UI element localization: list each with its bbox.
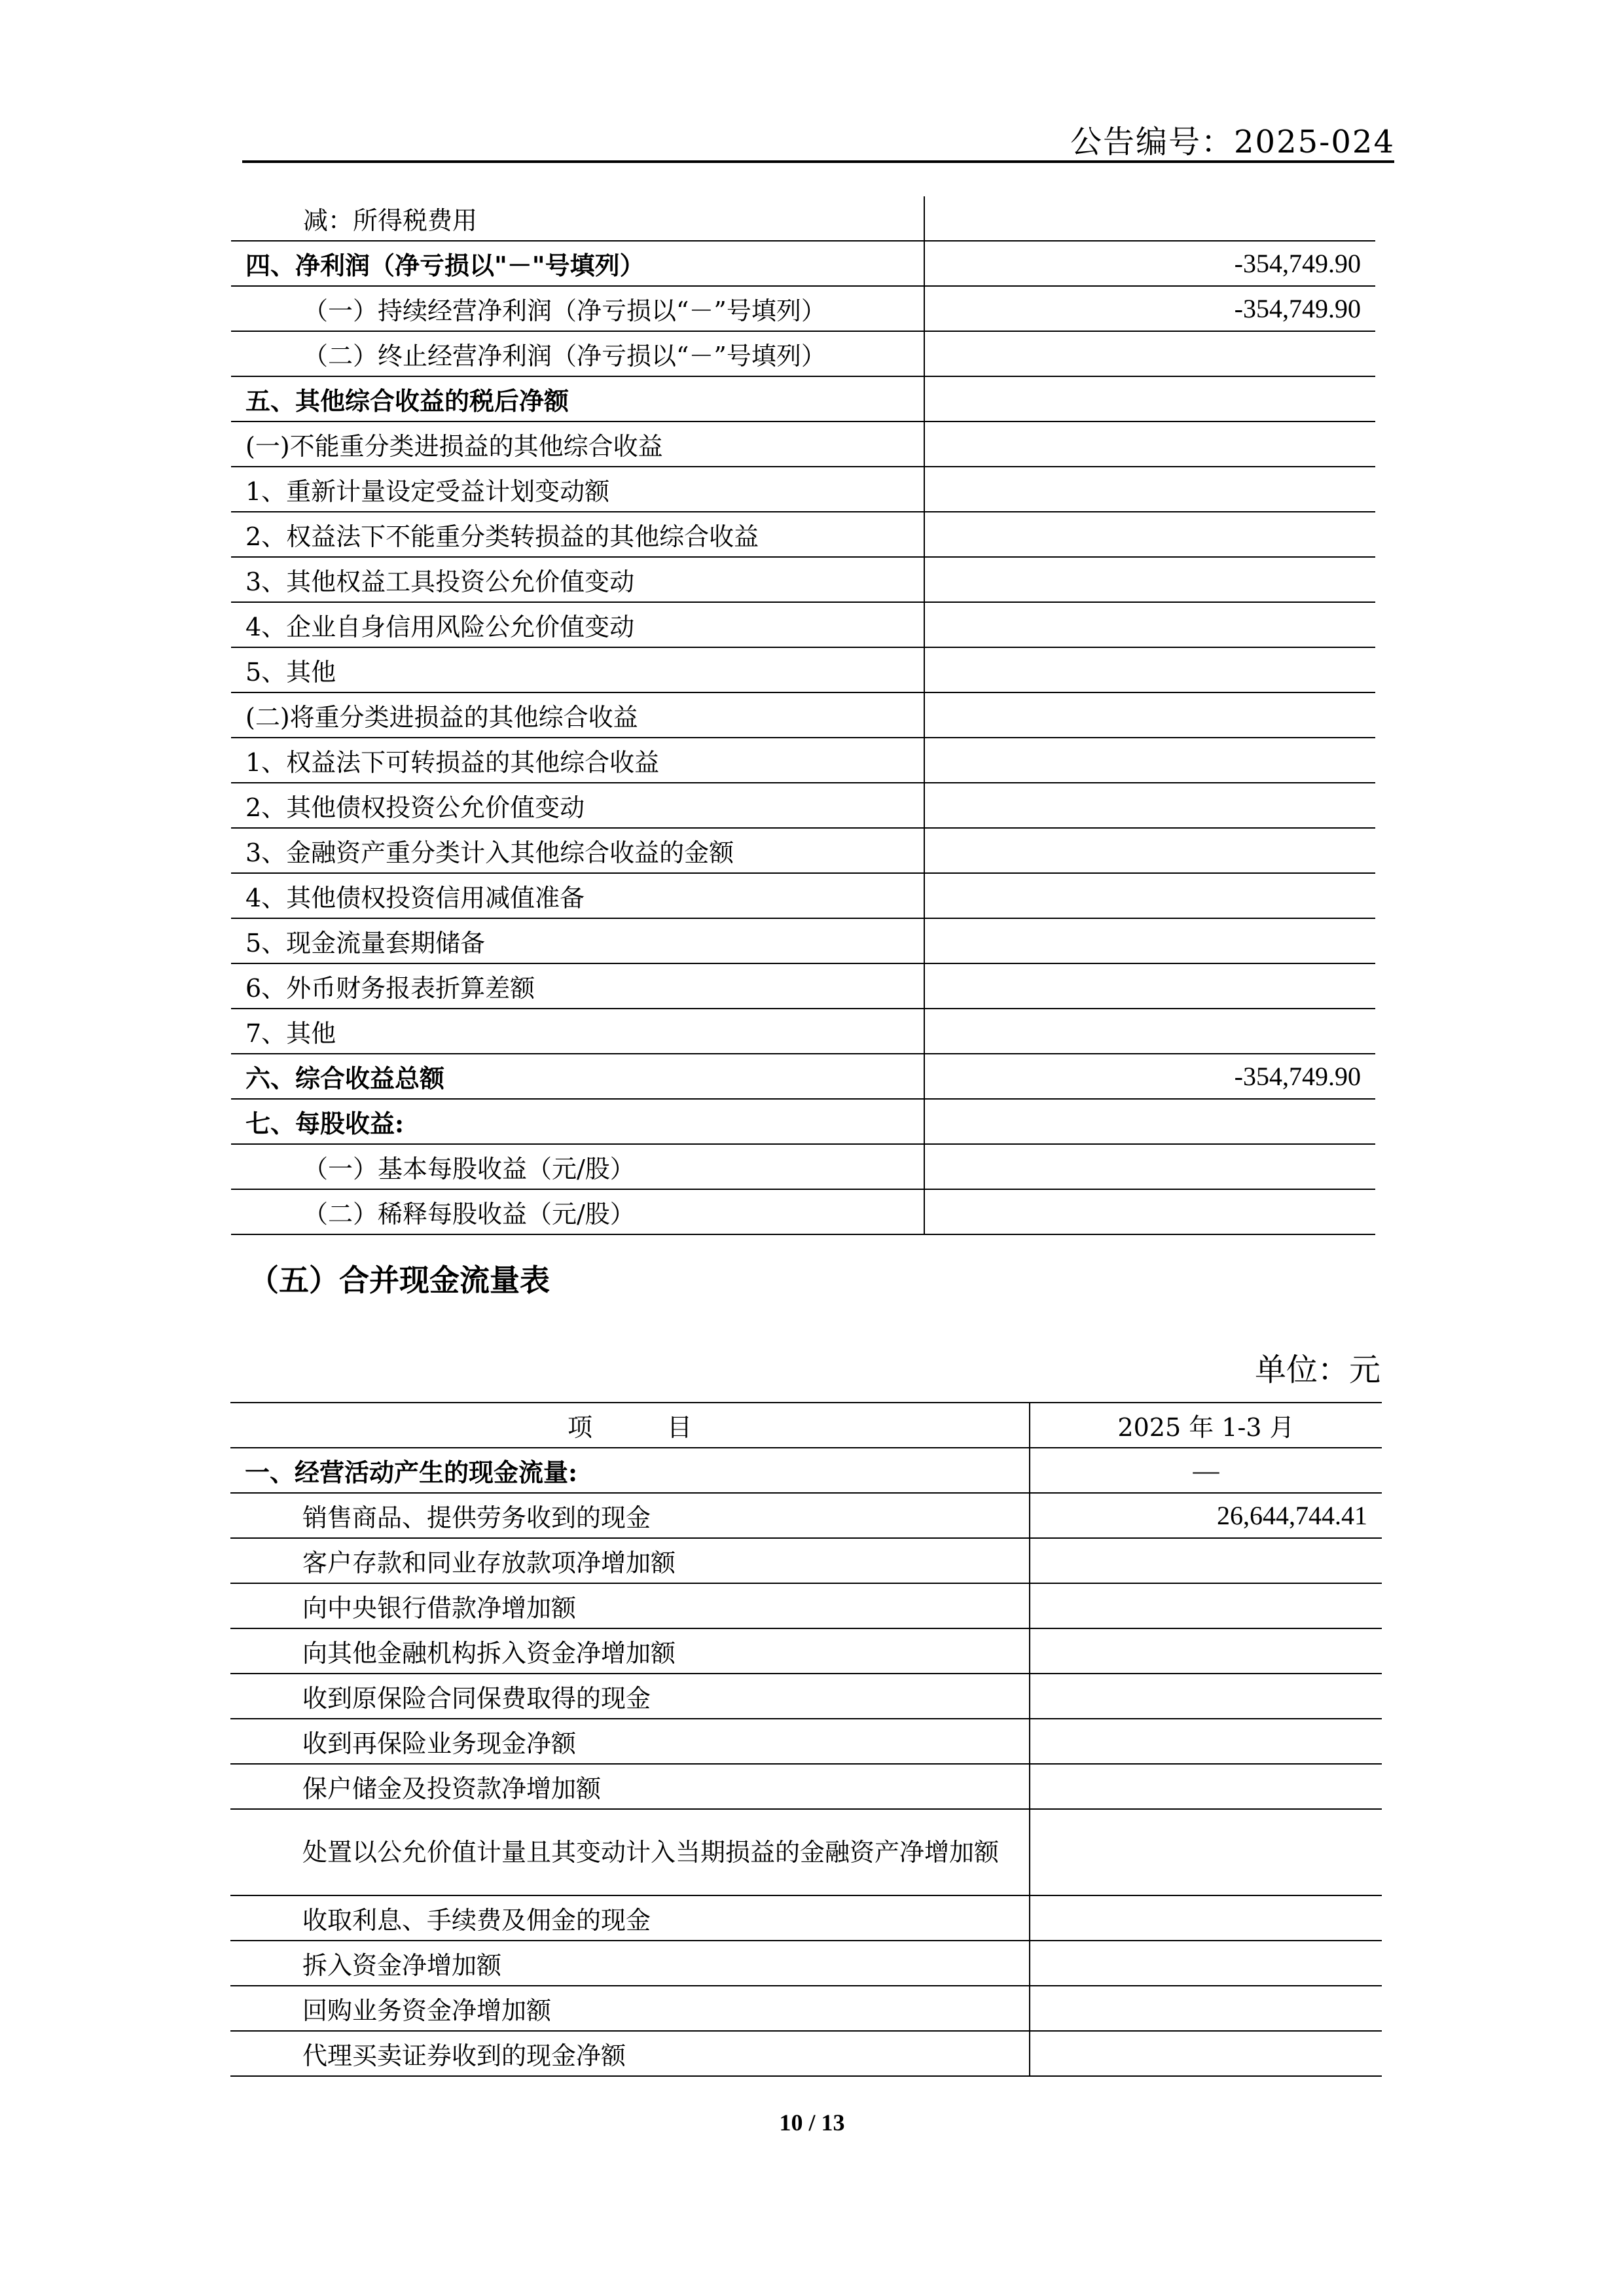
row-value <box>924 647 1375 692</box>
row-label: （一）持续经营净利润（净亏损以“－”号填列） <box>231 286 924 331</box>
table-row: 向其他金融机构拆入资金净增加额 <box>230 1628 1382 1674</box>
row-label: 收到再保险业务现金净额 <box>230 1719 1030 1764</box>
row-label: 3、金融资产重分类计入其他综合收益的金额 <box>231 828 924 873</box>
row-label: (一)不能重分类进损益的其他综合收益 <box>231 422 924 467</box>
row-value <box>1030 1895 1382 1941</box>
row-value <box>924 1009 1375 1054</box>
row-value <box>1030 1674 1382 1719</box>
row-label: 销售商品、提供劳务收到的现金 <box>230 1493 1030 1538</box>
row-value <box>924 196 1375 241</box>
row-value <box>924 602 1375 647</box>
row-value <box>924 422 1375 467</box>
column-header-period: 2025 年 1-3 月 <box>1030 1403 1382 1448</box>
unit-label: 单位：元 <box>1255 1344 1380 1390</box>
page-number: 10 / 13 <box>0 2109 1624 2136</box>
row-value <box>924 963 1375 1009</box>
table-row: 七、每股收益: <box>231 1099 1375 1144</box>
table-row: 客户存款和同业存放款项净增加额 <box>230 1538 1382 1583</box>
table-row: 5、其他 <box>231 647 1375 692</box>
table-header-row: 项 目 2025 年 1-3 月 <box>230 1403 1382 1448</box>
row-value: -354,749.90 <box>924 286 1375 331</box>
row-label: 收取利息、手续费及佣金的现金 <box>230 1895 1030 1941</box>
column-header-item: 项 目 <box>230 1403 1030 1448</box>
table-row: （一）持续经营净利润（净亏损以“－”号填列）-354,749.90 <box>231 286 1375 331</box>
row-value <box>1030 1719 1382 1764</box>
section-title: （五）合并现金流量表 <box>249 1257 550 1300</box>
table-row: 保户储金及投资款净增加额 <box>230 1764 1382 1809</box>
row-label: 7、其他 <box>231 1009 924 1054</box>
table-row: 3、其他权益工具投资公允价值变动 <box>231 557 1375 602</box>
row-value <box>924 828 1375 873</box>
row-value: 26,644,744.41 <box>1030 1493 1382 1538</box>
row-value <box>1030 1986 1382 2031</box>
row-label: 5、其他 <box>231 647 924 692</box>
table-row: 销售商品、提供劳务收到的现金26,644,744.41 <box>230 1493 1382 1538</box>
row-value <box>924 376 1375 422</box>
table-row: 5、现金流量套期储备 <box>231 918 1375 963</box>
table-row: 2、其他债权投资公允价值变动 <box>231 783 1375 828</box>
table-row: 6、外币财务报表折算差额 <box>231 963 1375 1009</box>
row-value: -354,749.90 <box>924 241 1375 286</box>
row-value <box>924 467 1375 512</box>
row-value <box>924 783 1375 828</box>
row-label: 1、重新计量设定受益计划变动额 <box>231 467 924 512</box>
header-rule <box>242 160 1394 163</box>
row-label: 一、经营活动产生的现金流量: <box>230 1448 1030 1493</box>
row-label: (二)将重分类进损益的其他综合收益 <box>231 692 924 738</box>
table-row: 4、其他债权投资信用减值准备 <box>231 873 1375 918</box>
table-row: 收取利息、手续费及佣金的现金 <box>230 1895 1382 1941</box>
row-value <box>924 692 1375 738</box>
row-label: 拆入资金净增加额 <box>230 1941 1030 1986</box>
table-row: （二）稀释每股收益（元/股） <box>231 1189 1375 1234</box>
row-value: — <box>1030 1448 1382 1493</box>
row-value <box>1030 1628 1382 1674</box>
table-row: (一)不能重分类进损益的其他综合收益 <box>231 422 1375 467</box>
table-row: 3、金融资产重分类计入其他综合收益的金额 <box>231 828 1375 873</box>
income-statement-table: 减：所得税费用 四、净利润（净亏损以"－"号填列）-354,749.90 （一）… <box>231 196 1375 1235</box>
row-label: 代理买卖证券收到的现金净额 <box>230 2031 1030 2076</box>
row-value <box>1030 1583 1382 1628</box>
row-label: 保户储金及投资款净增加额 <box>230 1764 1030 1809</box>
row-value <box>924 1189 1375 1234</box>
row-label: 1、权益法下可转损益的其他综合收益 <box>231 738 924 783</box>
row-value <box>924 331 1375 376</box>
table-row: 四、净利润（净亏损以"－"号填列）-354,749.90 <box>231 241 1375 286</box>
row-label: 2、其他债权投资公允价值变动 <box>231 783 924 828</box>
row-value <box>924 873 1375 918</box>
row-value <box>924 1144 1375 1189</box>
table-row: 回购业务资金净增加额 <box>230 1986 1382 2031</box>
table-row: 4、企业自身信用风险公允价值变动 <box>231 602 1375 647</box>
row-label: 回购业务资金净增加额 <box>230 1986 1030 2031</box>
table-row: （二）终止经营净利润（净亏损以“－”号填列） <box>231 331 1375 376</box>
table-row: 1、重新计量设定受益计划变动额 <box>231 467 1375 512</box>
table-row: （一）基本每股收益（元/股） <box>231 1144 1375 1189</box>
table-row: 收到再保险业务现金净额 <box>230 1719 1382 1764</box>
table-row: (二)将重分类进损益的其他综合收益 <box>231 692 1375 738</box>
row-value <box>1030 1941 1382 1986</box>
table-row: 六、综合收益总额-354,749.90 <box>231 1054 1375 1099</box>
row-value <box>924 1099 1375 1144</box>
table-row: 一、经营活动产生的现金流量:— <box>230 1448 1382 1493</box>
row-label: 四、净利润（净亏损以"－"号填列） <box>231 241 924 286</box>
table-row: 1、权益法下可转损益的其他综合收益 <box>231 738 1375 783</box>
row-value <box>924 557 1375 602</box>
row-label: 5、现金流量套期储备 <box>231 918 924 963</box>
row-label: 七、每股收益: <box>231 1099 924 1144</box>
table-row: 五、其他综合收益的税后净额 <box>231 376 1375 422</box>
table-row: 向中央银行借款净增加额 <box>230 1583 1382 1628</box>
row-label: 收到原保险合同保费取得的现金 <box>230 1674 1030 1719</box>
row-label: 4、其他债权投资信用减值准备 <box>231 873 924 918</box>
row-label: 六、综合收益总额 <box>231 1054 924 1099</box>
row-value <box>1030 1538 1382 1583</box>
row-value <box>1030 2031 1382 2076</box>
row-label: 3、其他权益工具投资公允价值变动 <box>231 557 924 602</box>
row-label: 减：所得税费用 <box>231 196 924 241</box>
row-value <box>924 918 1375 963</box>
table-row: 代理买卖证券收到的现金净额 <box>230 2031 1382 2076</box>
row-label: （一）基本每股收益（元/股） <box>231 1144 924 1189</box>
row-label: （二）终止经营净利润（净亏损以“－”号填列） <box>231 331 924 376</box>
cash-flow-table: 项 目 2025 年 1-3 月 一、经营活动产生的现金流量:— 销售商品、提供… <box>230 1402 1382 2077</box>
row-label: 向中央银行借款净增加额 <box>230 1583 1030 1628</box>
table-row: 减：所得税费用 <box>231 196 1375 241</box>
row-value <box>1030 1764 1382 1809</box>
row-value <box>1030 1809 1382 1895</box>
table-row: 收到原保险合同保费取得的现金 <box>230 1674 1382 1719</box>
announcement-number: 公告编号：2025-024 <box>1070 117 1395 162</box>
row-label: 4、企业自身信用风险公允价值变动 <box>231 602 924 647</box>
table-row: 处置以公允价值计量且其变动计入当期损益的金融资产净增加额 <box>230 1809 1382 1895</box>
row-label: 客户存款和同业存放款项净增加额 <box>230 1538 1030 1583</box>
row-label: 6、外币财务报表折算差额 <box>231 963 924 1009</box>
row-value: -354,749.90 <box>924 1054 1375 1099</box>
table-row: 2、权益法下不能重分类转损益的其他综合收益 <box>231 512 1375 557</box>
table-row: 7、其他 <box>231 1009 1375 1054</box>
table-row: 拆入资金净增加额 <box>230 1941 1382 1986</box>
row-label: 处置以公允价值计量且其变动计入当期损益的金融资产净增加额 <box>230 1809 1030 1895</box>
row-label: 向其他金融机构拆入资金净增加额 <box>230 1628 1030 1674</box>
row-label: 2、权益法下不能重分类转损益的其他综合收益 <box>231 512 924 557</box>
row-label: （二）稀释每股收益（元/股） <box>231 1189 924 1234</box>
row-value <box>924 512 1375 557</box>
row-value <box>924 738 1375 783</box>
row-label: 五、其他综合收益的税后净额 <box>231 376 924 422</box>
